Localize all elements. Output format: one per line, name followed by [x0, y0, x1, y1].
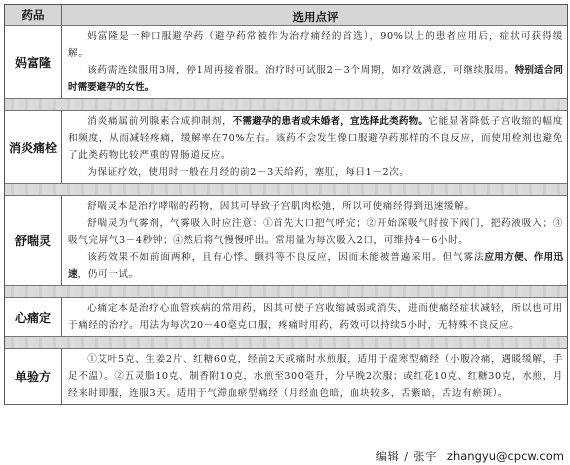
- table-header-row: 药品 选用点评: [5, 5, 567, 25]
- comment-paragraph: 该药效果不如前面两种，且有心悸、颤抖等不良反应，因而未能被普遍采用。但气雾法应用…: [68, 249, 563, 283]
- body-text: 舒喘灵本是治疗哮喘的药物，因其可导致子宫肌肉松弛，所以可使痛经得到迅速缓解。: [87, 201, 474, 212]
- drug-comparison-table: 药品 选用点评 妈富隆妈富隆是一种口服避孕药（避孕药常被作为治疗痛经的首选），9…: [4, 4, 568, 405]
- comment-cell: 妈富隆是一种口服避孕药（避孕药常被作为治疗痛经的首选），90%以上的患者应用后，…: [62, 26, 567, 98]
- header-comment: 选用点评: [62, 5, 567, 25]
- table-row: 单验方①艾叶5克、生姜2片、红糖60克，经前2天或痛时水煎服，适用于虚寒型痛经（…: [5, 348, 567, 404]
- page: 药品 选用点评 妈富隆妈富隆是一种口服避孕药（避孕药常被作为治疗痛经的首选），9…: [0, 0, 570, 465]
- editor-email: zhangyu@cpcw.com: [447, 449, 564, 463]
- table-body: 妈富隆妈富隆是一种口服避孕药（避孕药常被作为治疗痛经的首选），90%以上的患者应…: [5, 25, 567, 404]
- footer-credit: 编辑 / 张宇 zhangyu@cpcw.com: [376, 448, 564, 464]
- body-text: ①艾叶5克、生姜2片、红糖60克，经前2天或痛时水煎服，适用于虚寒型痛经（小腹冷…: [68, 354, 563, 399]
- body-text: 该药效果不如前面两种，且有心悸、颤抖等不良反应，因而未能被普遍采用。但气雾法: [87, 252, 484, 263]
- row-separator: [5, 336, 567, 348]
- comment-paragraph: 为保证疗效，使用时一般在月经的前2－3天给药，塞肛，每日1－2次。: [68, 164, 563, 181]
- comment-cell: 消炎痛属前列腺素合成抑制剂，不需避孕的患者或未婚者，宜选择此类药物。它能显著降低…: [62, 111, 567, 183]
- body-text: 舒喘灵为气雾剂，气雾吸入时应注意：①首先大口把气呼完；②开始深吸气时按下阀门，把…: [68, 218, 563, 246]
- comment-paragraph: 消炎痛属前列腺素合成抑制剂，不需避孕的患者或未婚者，宜选择此类药物。它能显著降低…: [68, 113, 563, 164]
- drug-name: 舒喘灵: [15, 232, 51, 249]
- highlight-text: 不需避孕的患者或未婚者，宜选择此类药物。: [233, 116, 429, 127]
- drug-cell: 舒喘灵: [5, 196, 62, 285]
- drug-name: 心痛定: [15, 309, 51, 326]
- drug-name: 单验方: [15, 368, 51, 385]
- row-separator: [5, 183, 567, 195]
- drug-cell: 妈富隆: [5, 26, 62, 98]
- comment-cell: 舒喘灵本是治疗哮喘的药物，因其可导致子宫肌肉松弛，所以可使痛经得到迅速缓解。舒喘…: [62, 196, 567, 285]
- drug-name: 消炎痛栓: [9, 139, 57, 156]
- drug-name: 妈富隆: [15, 54, 51, 71]
- comment-paragraph: ①艾叶5克、生姜2片、红糖60克，经前2天或痛时水煎服，适用于虚寒型痛经（小腹冷…: [68, 351, 563, 402]
- body-text: 该药需连续服用3周，停1周再接着服。治疗时可试服2－3个周期，如疗效满意，可继续…: [87, 65, 515, 76]
- comment-paragraph: 该药需连续服用3周，停1周再接着服。治疗时可试服2－3个周期，如疗效满意，可继续…: [68, 62, 563, 96]
- comment-paragraph: 妈富隆是一种口服避孕药（避孕药常被作为治疗痛经的首选），90%以上的患者应用后，…: [68, 28, 563, 62]
- comment-paragraph: 舒喘灵本是治疗哮喘的药物，因其可导致子宫肌肉松弛，所以可使痛经得到迅速缓解。: [68, 198, 563, 215]
- comment-cell: ①艾叶5克、生姜2片、红糖60克，经前2天或痛时水煎服，适用于虚寒型痛经（小腹冷…: [62, 349, 567, 404]
- row-separator: [5, 285, 567, 297]
- drug-cell: 单验方: [5, 349, 62, 404]
- comment-cell: 心痛定本是治疗心血管疾病的常用药，因其可使子宫收缩减弱或消失，进而使痛经症状减轻…: [62, 298, 567, 336]
- body-text: 妈富隆是一种口服避孕药（避孕药常被作为治疗痛经的首选），90%以上的患者应用后，…: [68, 31, 563, 59]
- table-row: 消炎痛栓消炎痛属前列腺素合成抑制剂，不需避孕的患者或未婚者，宜选择此类药物。它能…: [5, 110, 567, 183]
- table-row: 心痛定心痛定本是治疗心血管疾病的常用药，因其可使子宫收缩减弱或消失，进而使痛经症…: [5, 297, 567, 336]
- body-text: ，仍可一试。: [78, 269, 139, 280]
- row-separator: [5, 98, 567, 110]
- drug-cell: 心痛定: [5, 298, 62, 336]
- editor-credit: 编辑 / 张宇: [376, 450, 438, 463]
- drug-cell: 消炎痛栓: [5, 111, 62, 183]
- comment-paragraph: 舒喘灵为气雾剂，气雾吸入时应注意：①首先大口把气呼完；②开始深吸气时按下阀门，把…: [68, 215, 563, 249]
- comment-paragraph: 心痛定本是治疗心血管疾病的常用药，因其可使子宫收缩减弱或消失，进而使痛经症状减轻…: [68, 300, 563, 334]
- body-text: 为保证疗效，使用时一般在月经的前2－3天给药，塞肛，每日1－2次。: [87, 167, 409, 178]
- header-drug: 药品: [5, 5, 62, 25]
- table-row: 舒喘灵舒喘灵本是治疗哮喘的药物，因其可导致子宫肌肉松弛，所以可使痛经得到迅速缓解…: [5, 195, 567, 285]
- body-text: 心痛定本是治疗心血管疾病的常用药，因其可使子宫收缩减弱或消失，进而使痛经症状减轻…: [68, 303, 563, 331]
- table-row: 妈富隆妈富隆是一种口服避孕药（避孕药常被作为治疗痛经的首选），90%以上的患者应…: [5, 25, 567, 98]
- body-text: 消炎痛属前列腺素合成抑制剂，: [87, 116, 232, 127]
